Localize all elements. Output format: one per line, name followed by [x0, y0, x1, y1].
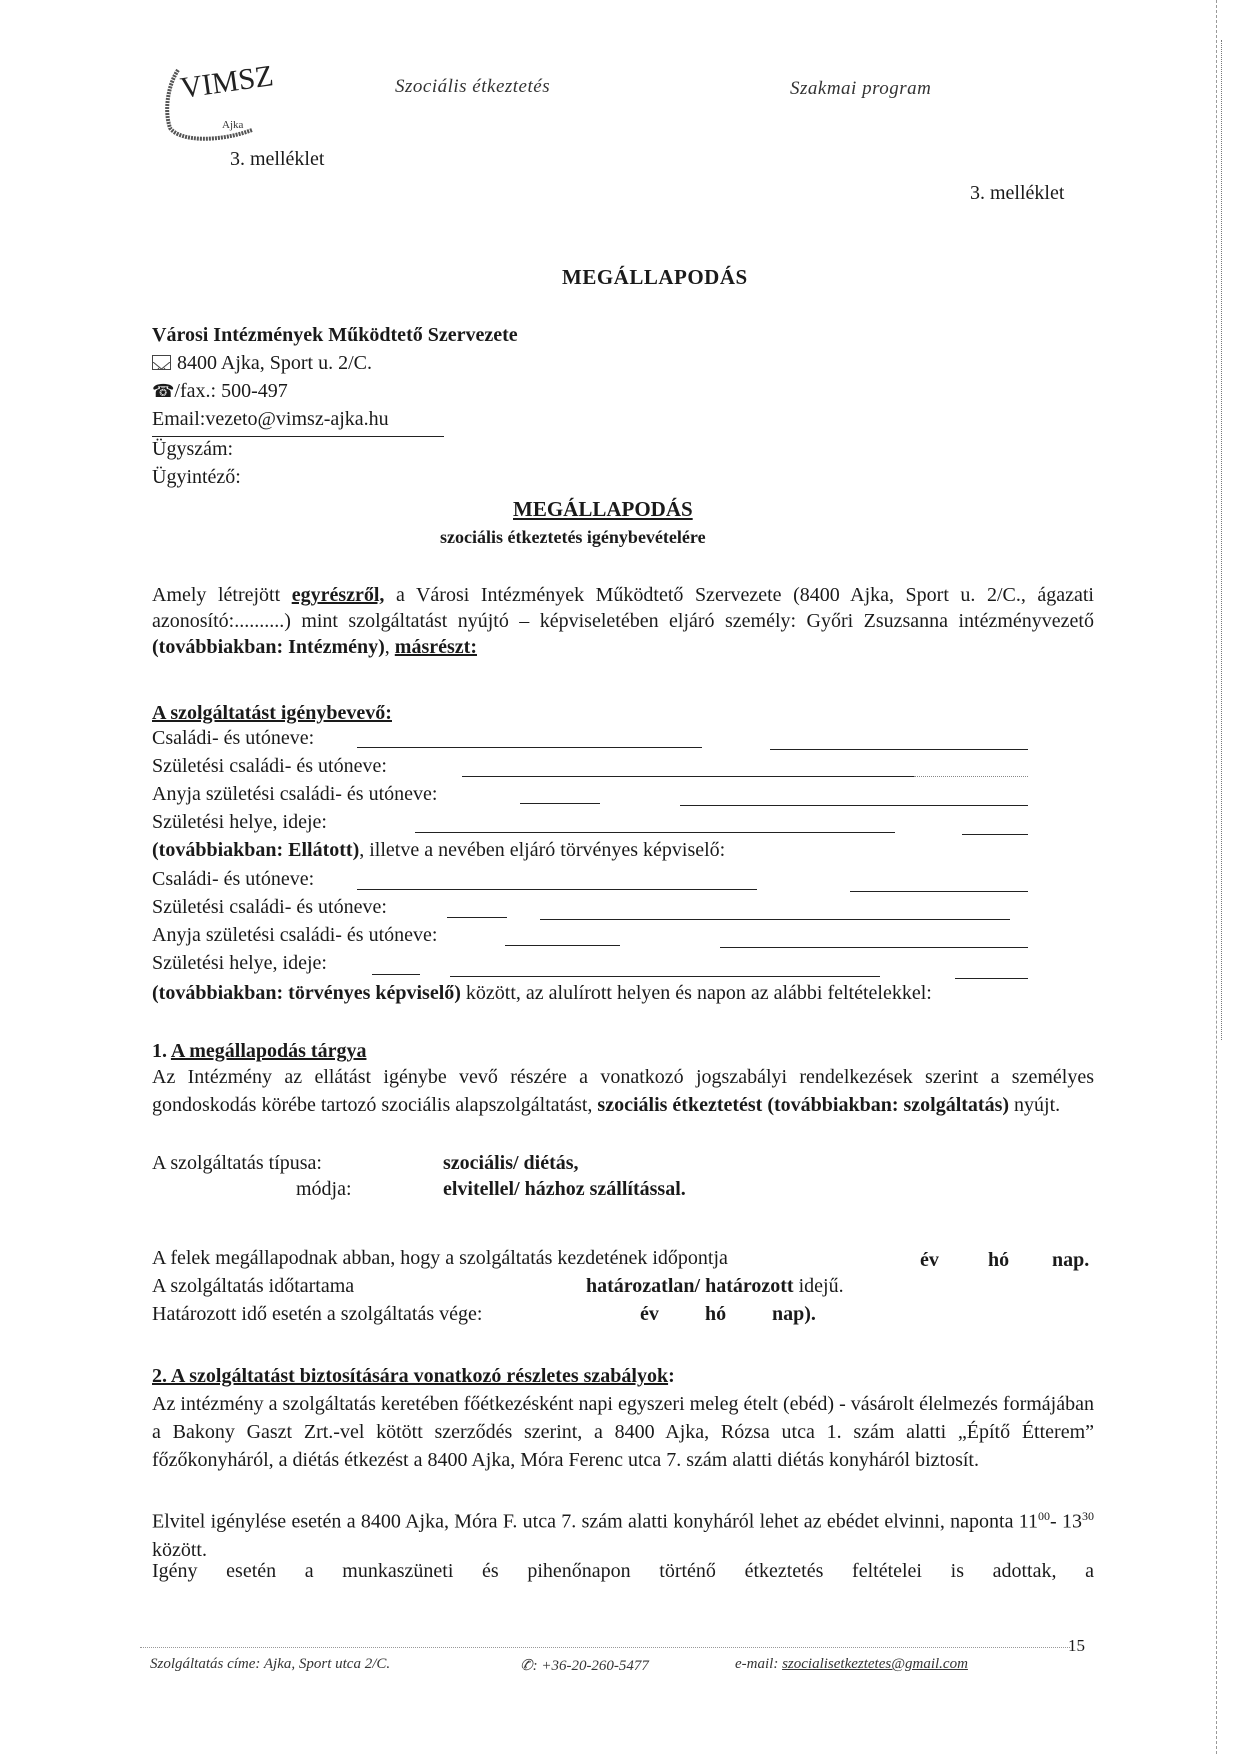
- section2-paragraph-3: Igény esetén a munkaszüneti és pihenőnap…: [152, 1558, 1094, 1584]
- representative-birthplace-field-2[interactable]: [450, 976, 880, 977]
- start-day-label: nap.: [1052, 1247, 1089, 1273]
- recipient-field-label: Születési helye, ideje:: [152, 809, 327, 835]
- footer-email-link[interactable]: szocialisetkeztetes@gmail.com: [782, 1656, 968, 1672]
- section2-paragraph-2: Elvitel igénylése esetén a 8400 Ajka, Mó…: [152, 1502, 1094, 1564]
- phone-icon: ✆: [520, 1658, 533, 1674]
- footer-email: e-mail: szocialisetkeztetes@gmail.com: [735, 1656, 968, 1673]
- agreement-title: MEGÁLLAPODÁS: [513, 496, 693, 522]
- case-number-label: Ügyszám:: [152, 436, 233, 462]
- representative-field-label: Születési családi- és utóneve:: [152, 894, 387, 920]
- svg-text:Ajka: Ajka: [222, 119, 244, 131]
- end-month-label: hó: [705, 1301, 726, 1327]
- start-month-label: hó: [988, 1247, 1009, 1273]
- section1-paragraph: Az Intézmény az ellátást igénybe vevő ré…: [152, 1063, 1094, 1119]
- annex-label-right: 3. melléklet: [970, 180, 1064, 206]
- recipient-field-label: Anyja születési családi- és utóneve:: [152, 781, 437, 807]
- start-year-label: év: [920, 1247, 939, 1273]
- representative-birthplace-field[interactable]: [372, 974, 420, 975]
- scan-edge: [1216, 0, 1217, 1754]
- page-number: 15: [1068, 1636, 1085, 1656]
- section1-heading: 1. A megállapodás tárgya: [152, 1038, 366, 1064]
- representative-birthdate-field[interactable]: [955, 978, 1028, 979]
- representative-given-name-field[interactable]: [850, 891, 1028, 892]
- representative-mother-name-field[interactable]: [505, 945, 620, 946]
- footer-phone: ✆: +36-20-260-5477: [520, 1656, 649, 1675]
- representative-field-label: Családi- és utóneve:: [152, 866, 314, 892]
- header-right-title: Szakmai program: [790, 78, 931, 100]
- duration-label: A szolgáltatás időtartama: [152, 1273, 354, 1299]
- administrator-label: Ügyintéző:: [152, 464, 241, 490]
- service-type-label: A szolgáltatás típusa:: [152, 1150, 322, 1176]
- representative-family-name-field[interactable]: [357, 889, 757, 890]
- institution-email: Email:vezeto@vimsz-ajka.hu: [152, 406, 389, 432]
- representative-field-label: Születési helye, ideje:: [152, 950, 327, 976]
- recipient-given-name-field[interactable]: [770, 749, 1028, 750]
- service-mode-value: elvitellel/ házhoz szállítással.: [443, 1176, 686, 1202]
- document-title: MEGÁLLAPODÁS: [562, 264, 748, 290]
- service-mode-label: módja:: [296, 1176, 352, 1202]
- footer-divider: [140, 1647, 1070, 1648]
- footer-address: Szolgáltatás címe: Ajka, Sport utca 2/C.: [150, 1656, 390, 1673]
- recipient-mother-name-field[interactable]: [520, 803, 600, 804]
- annex-label-left: 3. melléklet: [230, 146, 324, 172]
- institution-address: 8400 Ajka, Sport u. 2/C.: [152, 350, 372, 376]
- recipient-birth-name-field[interactable]: [462, 776, 914, 777]
- representative-mother-name-field-2[interactable]: [720, 947, 1028, 948]
- scan-edge-inner: [1221, 40, 1222, 1040]
- section2-paragraph-1: Az intézmény a szolgáltatás keretében fő…: [152, 1390, 1094, 1474]
- end-day-label: nap).: [772, 1301, 816, 1327]
- representative-closing: (továbbiakban: törvényes képviselő) közö…: [152, 980, 932, 1006]
- recipient-closing: (továbbiakban: Ellátott), illetve a nevé…: [152, 837, 725, 863]
- representative-birth-name-field[interactable]: [447, 917, 507, 918]
- agreement-subtitle: szociális étkeztetés igénybevételére: [440, 524, 706, 550]
- duration-value: határozatlan/ határozott idejű.: [586, 1273, 844, 1299]
- vimsz-logo: VIMSZ Ajka: [160, 50, 280, 150]
- institution-phone: ☎/fax.: 500-497: [152, 378, 288, 404]
- representative-field-label: Anyja születési családi- és utóneve:: [152, 922, 437, 948]
- recipient-family-name-field[interactable]: [357, 747, 702, 748]
- service-type-value: szociális/ diétás,: [443, 1150, 579, 1176]
- header-center-title: Szociális étkeztetés: [395, 76, 550, 98]
- recipient-field-label: Családi- és utóneve:: [152, 725, 314, 751]
- start-date-text: A felek megállapodnak abban, hogy a szol…: [152, 1245, 728, 1271]
- representative-birth-name-field-2[interactable]: [540, 919, 1010, 920]
- telephone-icon: ☎: [152, 381, 174, 401]
- recipient-heading: A szolgáltatást igénybevevő:: [152, 700, 392, 726]
- institution-name: Városi Intézmények Működtető Szervezete: [152, 322, 518, 348]
- section2-heading: 2. A szolgáltatást biztosítására vonatko…: [152, 1363, 675, 1389]
- envelope-icon: [152, 355, 171, 370]
- recipient-birthplace-field[interactable]: [415, 832, 895, 833]
- svg-text:VIMSZ: VIMSZ: [178, 59, 275, 105]
- recipient-mother-name-field-2[interactable]: [680, 805, 1028, 806]
- recipient-birthdate-field[interactable]: [962, 834, 1028, 835]
- end-date-label: Határozott idő esetén a szolgáltatás vég…: [152, 1301, 482, 1327]
- end-year-label: év: [640, 1301, 659, 1327]
- intro-paragraph: Amely létrejött egyrészről, a Városi Int…: [152, 582, 1094, 660]
- recipient-field-label: Születési családi- és utóneve:: [152, 753, 387, 779]
